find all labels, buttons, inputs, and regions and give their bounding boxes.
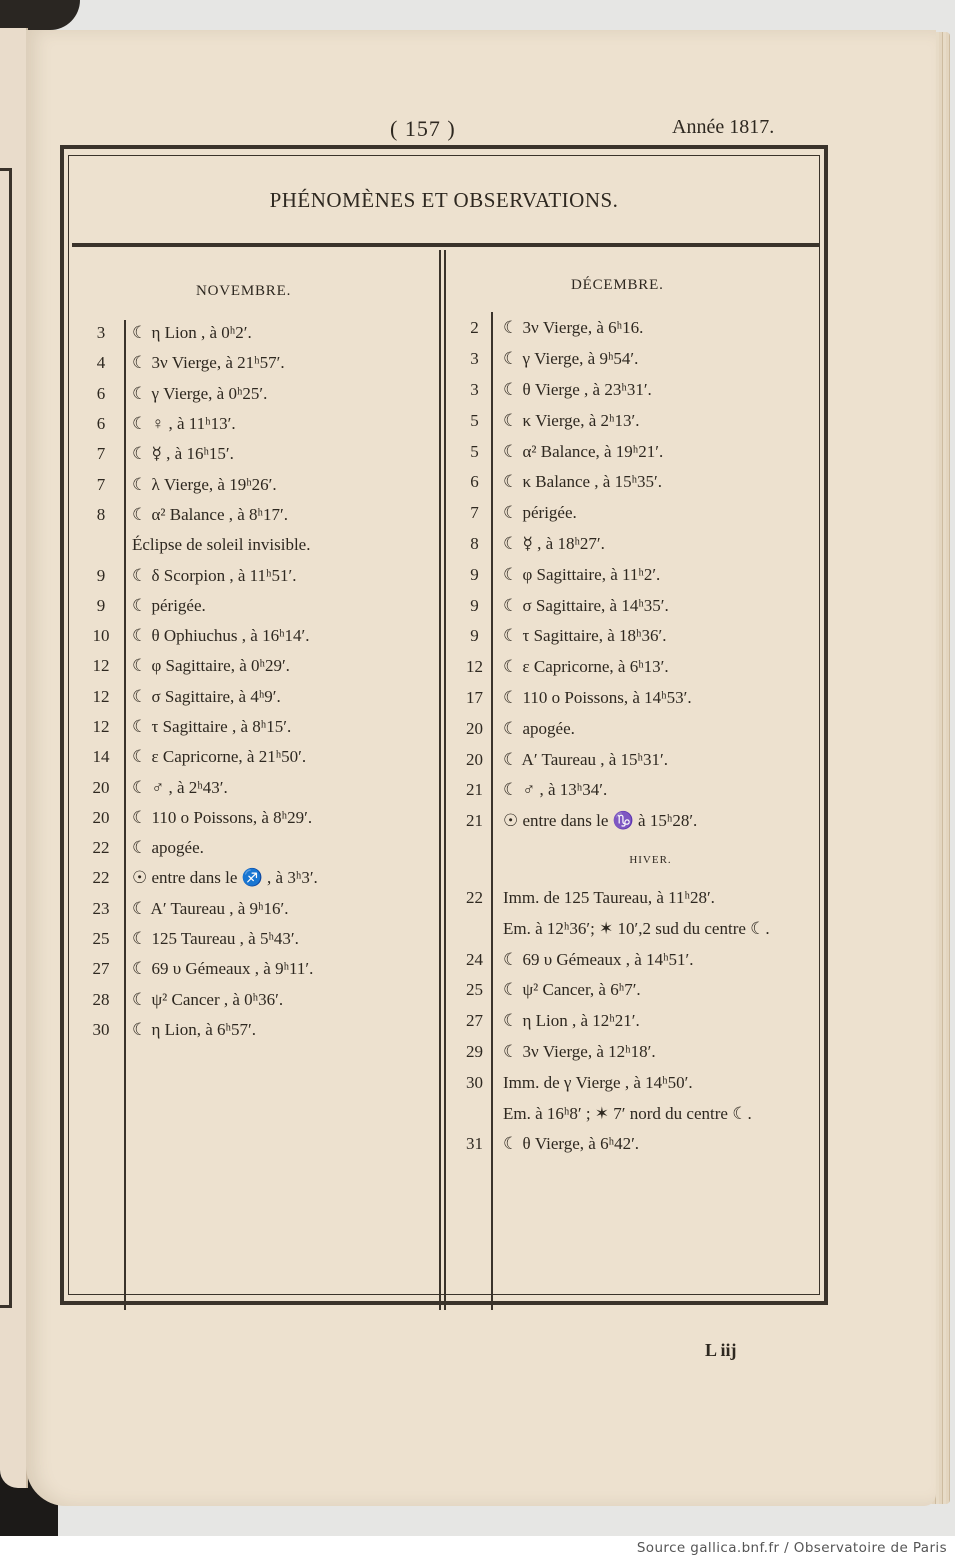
november-list: 3☾ η Lion , à 0ʰ2′.4☾ 3ν Vierge, à 21ʰ57…	[82, 318, 432, 1045]
day-number: 6	[82, 384, 120, 404]
phenomenon-text: ☾ 3ν Vierge, à 21ʰ57′.	[120, 353, 285, 373]
phenomenon-text: ☾ 69 υ Gémeaux , à 14ʰ51′.	[491, 950, 694, 970]
list-item: 6☾ ♀ , à 11ʰ13′.	[82, 409, 432, 439]
phenomenon-text: ☾ κ Balance , à 15ʰ35′.	[491, 472, 662, 492]
phenomenon-text: ☾ θ Ophiuchus , à 16ʰ14′.	[120, 626, 310, 646]
day-number: 5	[458, 442, 491, 462]
list-item: 6☾ κ Balance , à 15ʰ35′.	[458, 467, 813, 498]
section-heading: HIVER.	[458, 837, 813, 883]
phenomenon-text: Imm. de γ Vierge , à 14ʰ50′.	[491, 1073, 693, 1093]
phenomenon-text: ☾ ε Capricorne, à 21ʰ50′.	[120, 747, 306, 767]
phenomenon-text: ☾ ♂ , à 2ʰ43′.	[120, 778, 228, 798]
list-item: 9☾ σ Sagittaire, à 14ʰ35′.	[458, 590, 813, 621]
title-divider	[72, 243, 820, 247]
day-number: 2	[458, 318, 491, 338]
list-item: 4☾ 3ν Vierge, à 21ʰ57′.	[82, 348, 432, 378]
list-item: 25☾ ψ² Cancer, à 6ʰ7′.	[458, 975, 813, 1006]
phenomenon-text: ☾ γ Vierge, à 9ʰ54′.	[491, 349, 638, 369]
list-item: 25☾ 125 Taureau , à 5ʰ43′.	[82, 924, 432, 954]
list-item: 20☾ apogée.	[458, 713, 813, 744]
running-head-year: Année 1817.	[672, 116, 774, 139]
phenomenon-text: ☾ φ Sagittaire, à 0ʰ29′.	[120, 656, 290, 676]
phenomenon-text: ☾ ♀ , à 11ʰ13′.	[120, 414, 236, 434]
list-item: 20☾ ♂ , à 2ʰ43′.	[82, 772, 432, 802]
december-heading: DÉCEMBRE.	[571, 277, 664, 294]
list-item: 22☉ entre dans le ♐ , à 3ʰ3′.	[82, 863, 432, 893]
phenomenon-text: ☾ 3ν Vierge, à 12ʰ18′.	[491, 1042, 656, 1062]
day-number: 20	[458, 719, 491, 739]
day-number: 20	[82, 808, 120, 828]
phenomenon-text: ☾ A′ Taureau , à 15ʰ31′.	[491, 750, 668, 770]
list-item: 30Imm. de γ Vierge , à 14ʰ50′.	[458, 1067, 813, 1098]
phenomenon-text: ☾ 125 Taureau , à 5ʰ43′.	[120, 929, 299, 949]
phenomenon-text: ☉ entre dans le ♑ à 15ʰ28′.	[491, 811, 697, 831]
day-number: 21	[458, 811, 491, 831]
day-number: 9	[458, 596, 491, 616]
facing-page-edge	[0, 28, 28, 1488]
day-number: 27	[82, 959, 120, 979]
day-number: 7	[82, 475, 120, 495]
list-item: 7☾ périgée.	[458, 498, 813, 529]
phenomenon-text: ☉ entre dans le ♐ , à 3ʰ3′.	[120, 868, 318, 888]
phenomenon-text: ☾ τ Sagittaire, à 18ʰ36′.	[491, 626, 666, 646]
source-credit: Source gallica.bnf.fr / Observatoire de …	[637, 1540, 947, 1556]
phenomenon-text: ☾ φ Sagittaire, à 11ʰ2′.	[491, 565, 660, 585]
list-item: 10☾ θ Ophiuchus , à 16ʰ14′.	[82, 621, 432, 651]
phenomenon-text: ☾ 3ν Vierge, à 6ʰ16.	[491, 318, 643, 338]
day-number: 28	[82, 990, 120, 1010]
list-item: 24☾ 69 υ Gémeaux , à 14ʰ51′.	[458, 944, 813, 975]
day-number: 7	[82, 444, 120, 464]
list-item: 2☾ 3ν Vierge, à 6ʰ16.	[458, 313, 813, 344]
day-number: 7	[458, 503, 491, 523]
list-item: 7☾ ☿ , à 16ʰ15′.	[82, 439, 432, 469]
list-item: 3☾ θ Vierge , à 23ʰ31′.	[458, 375, 813, 406]
phenomenon-text: Em. à 16ʰ8′ ; ✶ 7′ nord du centre ☾.	[491, 1104, 752, 1124]
day-number: 9	[458, 565, 491, 585]
list-item: 3☾ γ Vierge, à 9ʰ54′.	[458, 344, 813, 375]
phenomenon-text: ☾ apogée.	[491, 719, 575, 739]
day-number: 23	[82, 899, 120, 919]
day-number: 9	[82, 566, 120, 586]
phenomenon-text: ☾ A′ Taureau , à 9ʰ16′.	[120, 899, 288, 919]
day-number: 17	[458, 688, 491, 708]
phenomenon-text: ☾ σ Sagittaire, à 4ʰ9′.	[120, 687, 281, 707]
list-item: 8☾ α² Balance , à 8ʰ17′.	[82, 500, 432, 530]
day-number: 31	[458, 1134, 491, 1154]
phenomenon-text: ☾ η Lion , à 12ʰ21′.	[491, 1011, 640, 1031]
phenomenon-text: ☾ η Lion, à 6ʰ57′.	[120, 1020, 256, 1040]
list-item: 21☾ ♂ , à 13ʰ34′.	[458, 775, 813, 806]
list-item: 12☾ φ Sagittaire, à 0ʰ29′.	[82, 651, 432, 681]
list-item: 30☾ η Lion, à 6ʰ57′.	[82, 1015, 432, 1045]
list-item: 9☾ φ Sagittaire, à 11ʰ2′.	[458, 559, 813, 590]
day-number: 20	[458, 750, 491, 770]
phenomenon-text: ☾ δ Scorpion , à 11ʰ51′.	[120, 566, 296, 586]
day-number: 8	[458, 534, 491, 554]
list-item: 20☾ 110 ο Poissons, à 8ʰ29′.	[82, 803, 432, 833]
day-number: 21	[458, 780, 491, 800]
list-item: 9☾ périgée.	[82, 591, 432, 621]
phenomenon-text: ☾ 69 υ Gémeaux , à 9ʰ11′.	[120, 959, 313, 979]
signature-mark: L iij	[705, 1340, 737, 1361]
phenomenon-text: ☾ θ Vierge , à 23ʰ31′.	[491, 380, 652, 400]
day-number: 9	[458, 626, 491, 646]
list-item: 28☾ ψ² Cancer , à 0ʰ36′.	[82, 985, 432, 1015]
facing-page-frame	[0, 168, 12, 1308]
list-item: 23☾ A′ Taureau , à 9ʰ16′.	[82, 894, 432, 924]
day-number: 30	[82, 1020, 120, 1040]
day-number: 9	[82, 596, 120, 616]
phenomenon-text: ☾ τ Sagittaire , à 8ʰ15′.	[120, 717, 291, 737]
day-number: 25	[82, 929, 120, 949]
day-number: 12	[82, 656, 120, 676]
phenomenon-text: ☾ γ Vierge, à 0ʰ25′.	[120, 384, 267, 404]
day-number: 30	[458, 1073, 491, 1093]
list-item: 5☾ κ Vierge, à 2ʰ13′.	[458, 405, 813, 436]
list-item: Em. à 16ʰ8′ ; ✶ 7′ nord du centre ☾.	[458, 1098, 813, 1129]
column-divider-left	[439, 250, 441, 1310]
list-item: 9☾ δ Scorpion , à 11ʰ51′.	[82, 560, 432, 590]
november-heading: NOVEMBRE.	[196, 283, 291, 300]
day-number: 25	[458, 980, 491, 1000]
day-number: 12	[458, 657, 491, 677]
day-number: 12	[82, 687, 120, 707]
list-item: 27☾ η Lion , à 12ʰ21′.	[458, 1006, 813, 1037]
day-number: 5	[458, 411, 491, 431]
phenomenon-text: ☾ ☿ , à 16ʰ15′.	[120, 444, 234, 464]
list-item: 5☾ α² Balance, à 19ʰ21′.	[458, 436, 813, 467]
day-number: 4	[82, 353, 120, 373]
day-number: 27	[458, 1011, 491, 1031]
list-item: 12☾ ε Capricorne, à 6ʰ13′.	[458, 652, 813, 683]
phenomenon-text: ☾ 110 ο Poissons, à 14ʰ53′.	[491, 688, 692, 708]
day-number: 6	[82, 414, 120, 434]
day-number: 14	[82, 747, 120, 767]
phenomenon-text: ☾ 110 ο Poissons, à 8ʰ29′.	[120, 808, 312, 828]
day-number: 22	[82, 868, 120, 888]
phenomenon-text: ☾ σ Sagittaire, à 14ʰ35′.	[491, 596, 669, 616]
list-item: 12☾ τ Sagittaire , à 8ʰ15′.	[82, 712, 432, 742]
phenomenon-text: ☾ λ Vierge, à 19ʰ26′.	[120, 475, 277, 495]
phenomenon-text: ☾ κ Vierge, à 2ʰ13′.	[491, 411, 639, 431]
list-item: Em. à 12ʰ36′; ✶ 10′,2 sud du centre ☾.	[458, 913, 813, 944]
list-item: 12☾ σ Sagittaire, à 4ʰ9′.	[82, 682, 432, 712]
phenomenon-text: Éclipse de soleil invisible.	[120, 535, 310, 555]
phenomenon-text: ☾ ☿ , à 18ʰ27′.	[491, 534, 605, 554]
day-number: 3	[458, 380, 491, 400]
list-item: 7☾ λ Vierge, à 19ʰ26′.	[82, 469, 432, 499]
phenomenon-text: ☾ ψ² Cancer, à 6ʰ7′.	[491, 980, 641, 1000]
phenomenon-text: ☾ ♂ , à 13ʰ34′.	[491, 780, 607, 800]
list-item: 6☾ γ Vierge, à 0ʰ25′.	[82, 379, 432, 409]
phenomenon-text: ☾ η Lion , à 0ʰ2′.	[120, 323, 252, 343]
december-list: 2☾ 3ν Vierge, à 6ʰ16.3☾ γ Vierge, à 9ʰ54…	[458, 313, 813, 1160]
day-number: 29	[458, 1042, 491, 1062]
page-title: PHÉNOMÈNES ET OBSERVATIONS.	[68, 188, 820, 213]
phenomenon-text: ☾ α² Balance , à 8ʰ17′.	[120, 505, 288, 525]
phenomenon-text: Imm. de 125 Taureau, à 11ʰ28′.	[491, 888, 715, 908]
list-item: 20☾ A′ Taureau , à 15ʰ31′.	[458, 744, 813, 775]
list-item: Éclipse de soleil invisible.	[82, 530, 432, 560]
list-item: 22Imm. de 125 Taureau, à 11ʰ28′.	[458, 883, 813, 914]
day-number: 6	[458, 472, 491, 492]
list-item: 3☾ η Lion , à 0ʰ2′.	[82, 318, 432, 348]
phenomenon-text: ☾ périgée.	[491, 503, 577, 523]
page-number: ( 157 )	[390, 116, 456, 142]
phenomenon-text: ☾ α² Balance, à 19ʰ21′.	[491, 442, 663, 462]
list-item: 27☾ 69 υ Gémeaux , à 9ʰ11′.	[82, 954, 432, 984]
list-item: 29☾ 3ν Vierge, à 12ʰ18′.	[458, 1037, 813, 1068]
phenomenon-text: ☾ ψ² Cancer , à 0ʰ36′.	[120, 990, 283, 1010]
column-divider-right	[444, 250, 446, 1310]
day-number: 20	[82, 778, 120, 798]
day-number: 24	[458, 950, 491, 970]
phenomenon-text: ☾ apogée.	[120, 838, 204, 858]
phenomenon-text: ☾ ε Capricorne, à 6ʰ13′.	[491, 657, 669, 677]
day-number: 3	[458, 349, 491, 369]
phenomenon-text: ☾ θ Vierge, à 6ʰ42′.	[491, 1134, 639, 1154]
day-number: 3	[82, 323, 120, 343]
day-number: 12	[82, 717, 120, 737]
day-number: 10	[82, 626, 120, 646]
phenomenon-text: Em. à 12ʰ36′; ✶ 10′,2 sud du centre ☾.	[491, 919, 770, 939]
list-item: 8☾ ☿ , à 18ʰ27′.	[458, 529, 813, 560]
list-item: 14☾ ε Capricorne, à 21ʰ50′.	[82, 742, 432, 772]
day-number: 22	[458, 888, 491, 908]
list-item: 21☉ entre dans le ♑ à 15ʰ28′.	[458, 806, 813, 837]
day-number: 22	[82, 838, 120, 858]
day-number: 8	[82, 505, 120, 525]
list-item: 31☾ θ Vierge, à 6ʰ42′.	[458, 1129, 813, 1160]
list-item: 17☾ 110 ο Poissons, à 14ʰ53′.	[458, 683, 813, 714]
phenomenon-text: ☾ périgée.	[120, 596, 206, 616]
list-item: 22☾ apogée.	[82, 833, 432, 863]
list-item: 9☾ τ Sagittaire, à 18ʰ36′.	[458, 621, 813, 652]
